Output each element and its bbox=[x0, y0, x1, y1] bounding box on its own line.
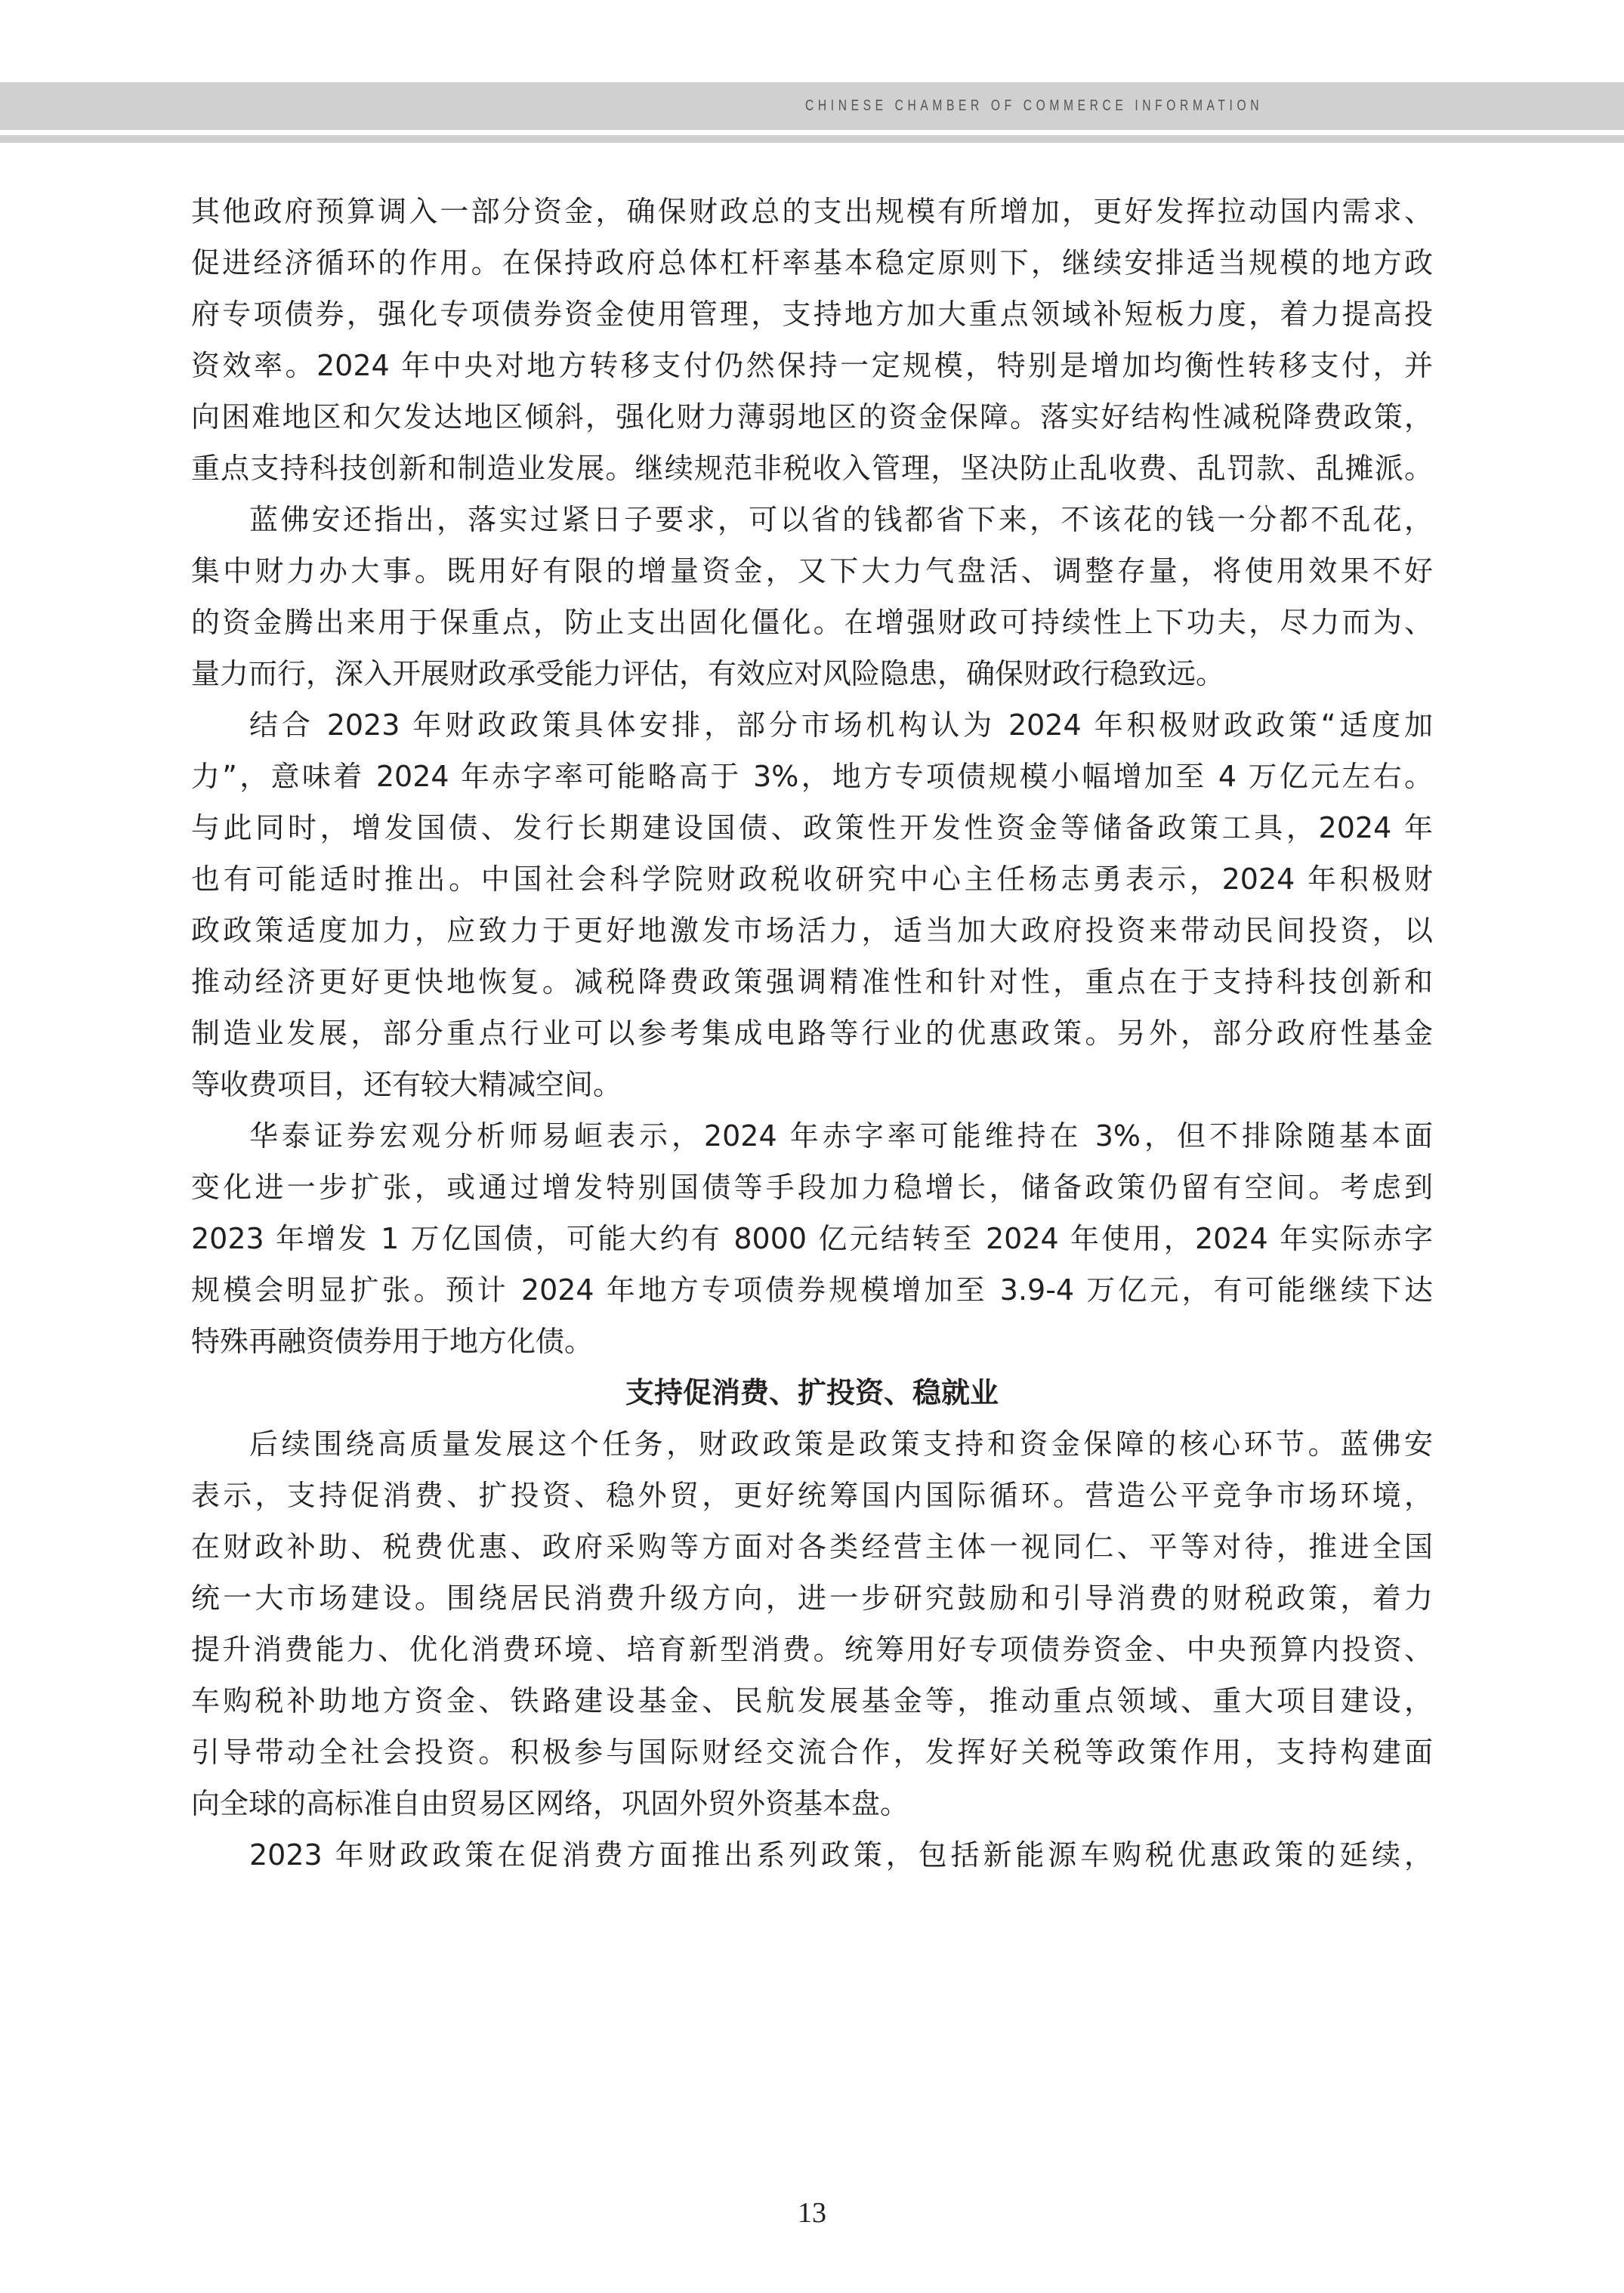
text-line: 的资金腾出来用于保重点，防止支出固化僵化。在增强财政可持续性上下功夫，尽力而为、 bbox=[191, 603, 1433, 655]
text-line: 规模会明显扩张。预计 2024 年地方专项债券规模增加至 3.9-4 万亿元，有… bbox=[191, 1271, 1433, 1322]
text-line: 华泰证券宏观分析师易峘表示，2024 年赤字率可能维持在 3%，但不排除随基本面 bbox=[191, 1117, 1433, 1168]
section-heading: 支持促消费、扩投资、稳就业 bbox=[191, 1374, 1433, 1425]
text-line: 特殊再融资债券用于地方化债。 bbox=[191, 1322, 1433, 1374]
text-line: 等收费项目，还有较大精减空间。 bbox=[191, 1066, 1433, 1117]
text-line: 表示，支持促消费、扩投资、稳外贸，更好统筹国内国际循环。营造公平竞争市场环境， bbox=[191, 1477, 1433, 1528]
text-line: 变化进一步扩张，或通过增发特别国债等手段加力稳增长，储备政策仍留有空间。考虑到 bbox=[191, 1168, 1433, 1220]
text-line: 政政策适度加力，应致力于更好地激发市场活力，适当加大政府投资来带动民间投资，以 bbox=[191, 912, 1433, 963]
text-line: 府专项债券，强化专项债券资金使用管理，支持地方加大重点领域补短板力度，着力提高投 bbox=[191, 295, 1433, 347]
text-line: 资效率。2024 年中央对地方转移支付仍然保持一定规模，特别是增加均衡性转移支付… bbox=[191, 347, 1433, 398]
text-line: 结合 2023 年财政政策具体安排，部分市场机构认为 2024 年积极财政政策“… bbox=[191, 706, 1433, 758]
text-line: 蓝佛安还指出，落实过紧日子要求，可以省的钱都省下来，不该花的钱一分都不乱花， bbox=[191, 501, 1433, 552]
header-rule bbox=[0, 135, 1624, 143]
text-line: 统一大市场建设。围绕居民消费升级方向，进一步研究鼓励和引导消费的财税政策，着力 bbox=[191, 1579, 1433, 1631]
text-line: 2023 年增发 1 万亿国债，可能大约有 8000 亿元结转至 2024 年使… bbox=[191, 1220, 1433, 1271]
text-line: 在财政补助、税费优惠、政府采购等方面对各类经营主体一视同仁、平等对待，推进全国 bbox=[191, 1528, 1433, 1579]
paragraph: 后续围绕高质量发展这个任务，财政政策是政策支持和资金保障的核心环节。蓝佛安 表示… bbox=[191, 1425, 1433, 1836]
publication-title: CHINESE CHAMBER OF COMMERCE INFORMATION bbox=[805, 97, 1263, 115]
text-line: 推动经济更好更快地恢复。减税降费政策强调精准性和针对性，重点在于支持科技创新和 bbox=[191, 963, 1433, 1014]
paragraph: 蓝佛安还指出，落实过紧日子要求，可以省的钱都省下来，不该花的钱一分都不乱花， 集… bbox=[191, 501, 1433, 706]
paragraph: 结合 2023 年财政政策具体安排，部分市场机构认为 2024 年积极财政政策“… bbox=[191, 706, 1433, 1117]
paragraph: 2023 年财政政策在促消费方面推出系列政策，包括新能源车购税优惠政策的延续， bbox=[191, 1836, 1433, 1887]
text-line: 重点支持科技创新和制造业发展。继续规范非税收入管理，坚决防止乱收费、乱罚款、乱摊… bbox=[191, 449, 1433, 501]
text-line: 向困难地区和欠发达地区倾斜，强化财力薄弱地区的资金保障。落实好结构性减税降费政策… bbox=[191, 398, 1433, 449]
paragraph: 华泰证券宏观分析师易峘表示，2024 年赤字率可能维持在 3%，但不排除随基本面… bbox=[191, 1117, 1433, 1374]
text-line: 集中财力办大事。既用好有限的增量资金，又下大力气盘活、调整存量，将使用效果不好 bbox=[191, 552, 1433, 603]
text-line: 向全球的高标准自由贸易区网络，巩固外贸外资基本盘。 bbox=[191, 1785, 1433, 1836]
text-line: 制造业发展，部分重点行业可以参考集成电路等行业的优惠政策。另外，部分政府性基金 bbox=[191, 1014, 1433, 1066]
text-line: 2023 年财政政策在促消费方面推出系列政策，包括新能源车购税优惠政策的延续， bbox=[191, 1836, 1433, 1887]
text-line: 引导带动全社会投资。积极参与国际财经交流合作，发挥好关税等政策作用，支持构建面 bbox=[191, 1733, 1433, 1785]
article-body: 其他政府预算调入一部分资金，确保财政总的支出规模有所增加，更好发挥拉动国内需求、… bbox=[191, 193, 1433, 1887]
text-line: 促进经济循环的作用。在保持政府总体杠杆率基本稳定原则下，继续安排适当规模的地方政 bbox=[191, 244, 1433, 295]
text-line: 量力而行，深入开展财政承受能力评估，有效应对风险隐患，确保财政行稳致远。 bbox=[191, 655, 1433, 706]
text-line: 其他政府预算调入一部分资金，确保财政总的支出规模有所增加，更好发挥拉动国内需求、 bbox=[191, 193, 1433, 244]
text-line: 车购税补助地方资金、铁路建设基金、民航发展基金等，推动重点领域、重大项目建设， bbox=[191, 1682, 1433, 1733]
text-line: 后续围绕高质量发展这个任务，财政政策是政策支持和资金保障的核心环节。蓝佛安 bbox=[191, 1425, 1433, 1477]
text-line: 提升消费能力、优化消费环境、培育新型消费。统筹用好专项债券资金、中央预算内投资、 bbox=[191, 1631, 1433, 1682]
text-line: 力”，意味着 2024 年赤字率可能略高于 3%，地方专项债规模小幅增加至 4 … bbox=[191, 758, 1433, 809]
page-number: 13 bbox=[0, 2196, 1624, 2230]
text-line: 与此同时，增发国债、发行长期建设国债、政策性开发性资金等储备政策工具，2024 … bbox=[191, 809, 1433, 860]
text-line: 也有可能适时推出。中国社会科学院财政税收研究中心主任杨志勇表示，2024 年积极… bbox=[191, 860, 1433, 912]
paragraph: 其他政府预算调入一部分资金，确保财政总的支出规模有所增加，更好发挥拉动国内需求、… bbox=[191, 193, 1433, 501]
